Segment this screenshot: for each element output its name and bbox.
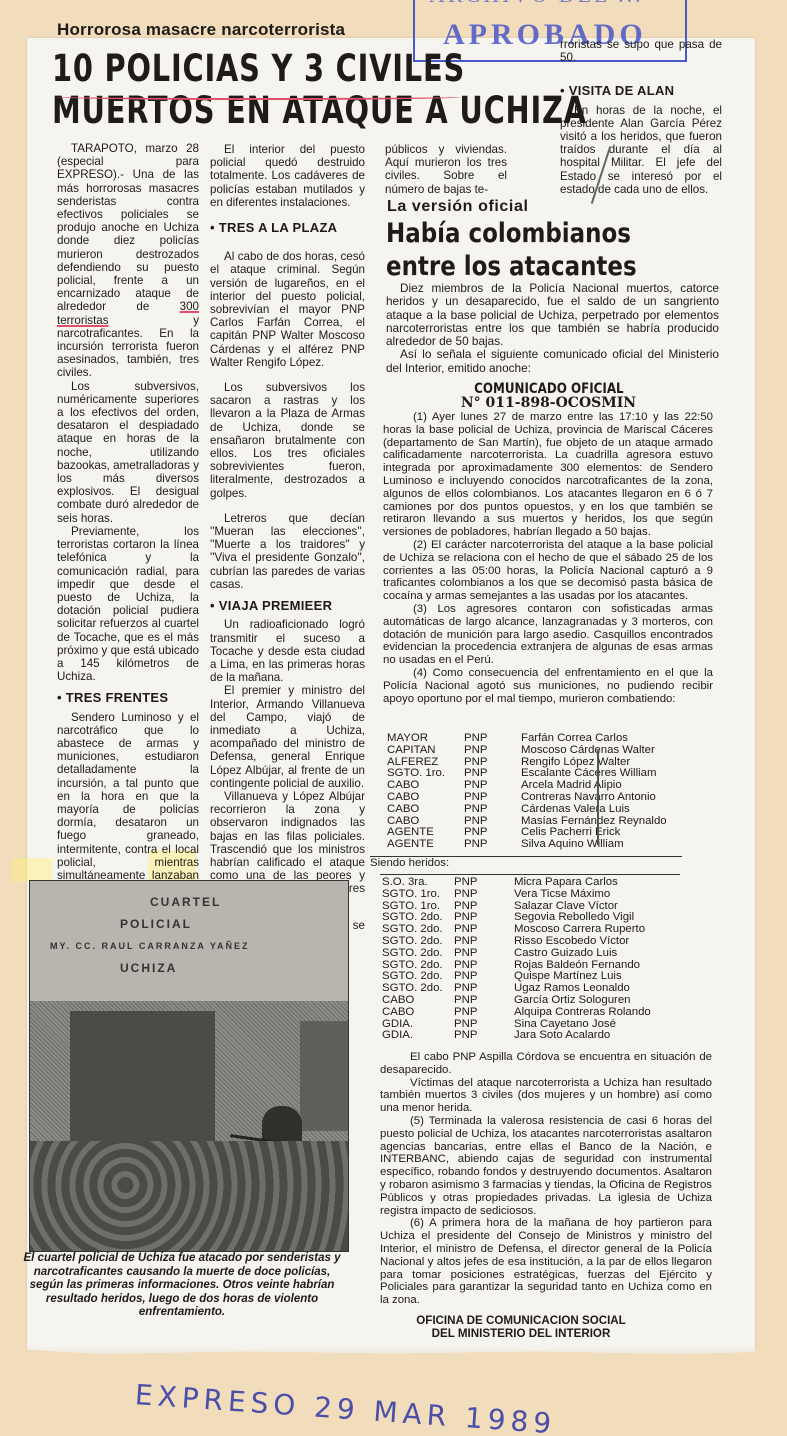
communique-signature: OFICINA DE COMUNICACION SOCIAL DEL MINIS… [386, 1314, 656, 1340]
handwritten-source-date: EXPRESO 29 MAR 1989 [134, 1378, 557, 1436]
paragraph: En horas de la noche, el presidente Alan… [560, 104, 722, 196]
headline-line1: 10 POLICIAS Y 3 CIVILES [52, 48, 587, 90]
point-3: (3) Los agresores contaron con sofistica… [383, 603, 713, 667]
divider [380, 874, 680, 875]
paragraph: El premier y ministro del Interior, Arma… [210, 684, 365, 790]
point-4: (4) Como consecuencia del enfrentamiento… [383, 667, 713, 705]
paragraph: TARAPOTO, marzo 28 (especial para EXPRES… [57, 142, 199, 380]
paragraph: Los subversivos, numéricamente superiore… [57, 380, 199, 525]
subheading-visita-de-alan: VISITA DE ALAN [560, 84, 722, 97]
official-kicker: La versión oficial [387, 198, 529, 216]
communique-body-continued: El cabo PNP Aspilla Córdova se encuentra… [380, 1051, 712, 1307]
pen-mark [597, 750, 599, 845]
paragraph: Sendero Luminoso y el narcotráfico que l… [57, 711, 199, 909]
paragraph: Diez miembros de la Policía Nacional mue… [386, 282, 719, 348]
paragraph: Así lo señala el siguiente comunicado of… [386, 348, 719, 375]
list-item: CABOPNPContreras Navarro Antonio [387, 792, 667, 804]
injured-label: Siendo heridos: [370, 857, 449, 869]
paragraph: Al cabo de dos horas, cesó el ataque cri… [210, 250, 365, 369]
subheading-tres-frentes: TRES FRENTES [57, 691, 199, 704]
list-item: GDIA.PNPJara Soto Acalardo [382, 1030, 651, 1042]
official-headline: Había colombianos entre los atacantes [386, 217, 637, 283]
paragraph: Letreros que decían ''Mueran las eleccio… [210, 512, 365, 591]
paragraph: El interior del puesto policial quedó de… [210, 143, 365, 209]
article-column-4: rroristas se supo que pasa de 50. VISITA… [560, 38, 722, 196]
injured-list: S.O. 3ra.PNPMicra Papara Carlos SGTO. 1r… [382, 877, 651, 1042]
barracks-sign: CUARTEL POLICIAL MY. CC. RAUL CARRANZA Y… [90, 891, 250, 979]
paragraph: públicos y viviendas. Aquí murieron los … [385, 143, 507, 196]
photo-caption: El cuartel policial de Uchiza fue atacad… [18, 1252, 346, 1320]
list-item: CAPITANPNPMoscoso Cárdenas Walter [387, 745, 667, 757]
civilians-note: Víctimas del ataque narcoterrorista a Uc… [380, 1077, 712, 1115]
list-item: SGTO. 2do.PNPRisso Escobedo Víctor [382, 936, 651, 948]
stamp-line1: ARCHIVO DEL ... [429, 0, 644, 8]
dead-list: MAYORPNPFarfán Correa Carlos CAPITANPNPM… [387, 733, 667, 851]
red-underline-mark [57, 94, 462, 100]
point-2: (2) El carácter narcoterrorista del ataq… [383, 539, 713, 603]
subheading-tres-a-la-plaza: TRES A LA PLAZA [210, 221, 365, 234]
article-column-2: El interior del puesto policial quedó de… [210, 143, 365, 945]
sandbags [30, 1141, 348, 1251]
highlighter-mark [12, 858, 52, 882]
point-5: (5) Terminada la valerosa resistencia de… [380, 1115, 712, 1217]
point-6: (6) A primera hora de la mañana de hoy p… [380, 1217, 712, 1307]
list-item: SGTO. 2do.PNPCastro Guizado Luis [382, 948, 651, 960]
list-item: SGTO. 1ro.PNPVera Ticse Máximo [382, 889, 651, 901]
article-kicker: Horrorosa masacre narcoterrorista [57, 20, 345, 40]
subheading-viaja-premieer: VIAJA PREMIEER [210, 599, 365, 612]
list-item: AGENTEPNPSilva Aquino William [387, 839, 667, 851]
missing-note: El cabo PNP Aspilla Córdova se encuentra… [380, 1051, 712, 1077]
article-column-3: públicos y viviendas. Aquí murieron los … [385, 143, 507, 196]
paragraph: Un radioaficionado logró transmitir el s… [210, 618, 365, 684]
paragraph: Los subversivos los sacaron a rastras y … [210, 381, 365, 500]
paragraph: Previamente, los terroristas cortaron la… [57, 525, 199, 683]
list-item: CABOPNPGarcía Ortiz Sologuren [382, 995, 651, 1007]
communique-body: (1) Ayer lunes 27 de marzo entre las 17:… [383, 411, 713, 705]
police-barracks-photo: CUARTEL POLICIAL MY. CC. RAUL CARRANZA Y… [29, 880, 349, 1252]
communique-number: N° 011-898-OCOSMIN [386, 396, 711, 410]
official-lead: Diez miembros de la Policía Nacional mue… [386, 282, 719, 375]
list-item: CABOPNPCárdenas Valera Luis [387, 804, 667, 816]
article-headline: 10 POLICIAS Y 3 CIVILES MUERTOS EN ATAQU… [52, 48, 587, 132]
point-1: (1) Ayer lunes 27 de marzo entre las 17:… [383, 411, 713, 539]
paragraph: rroristas se supo que pasa de 50. [560, 38, 722, 64]
communique-title: COMUNICADO OFICIAL N° 011-898-OCOSMIN [386, 381, 711, 410]
list-item: CABOPNPAlquipa Contreras Rolando [382, 1007, 651, 1019]
